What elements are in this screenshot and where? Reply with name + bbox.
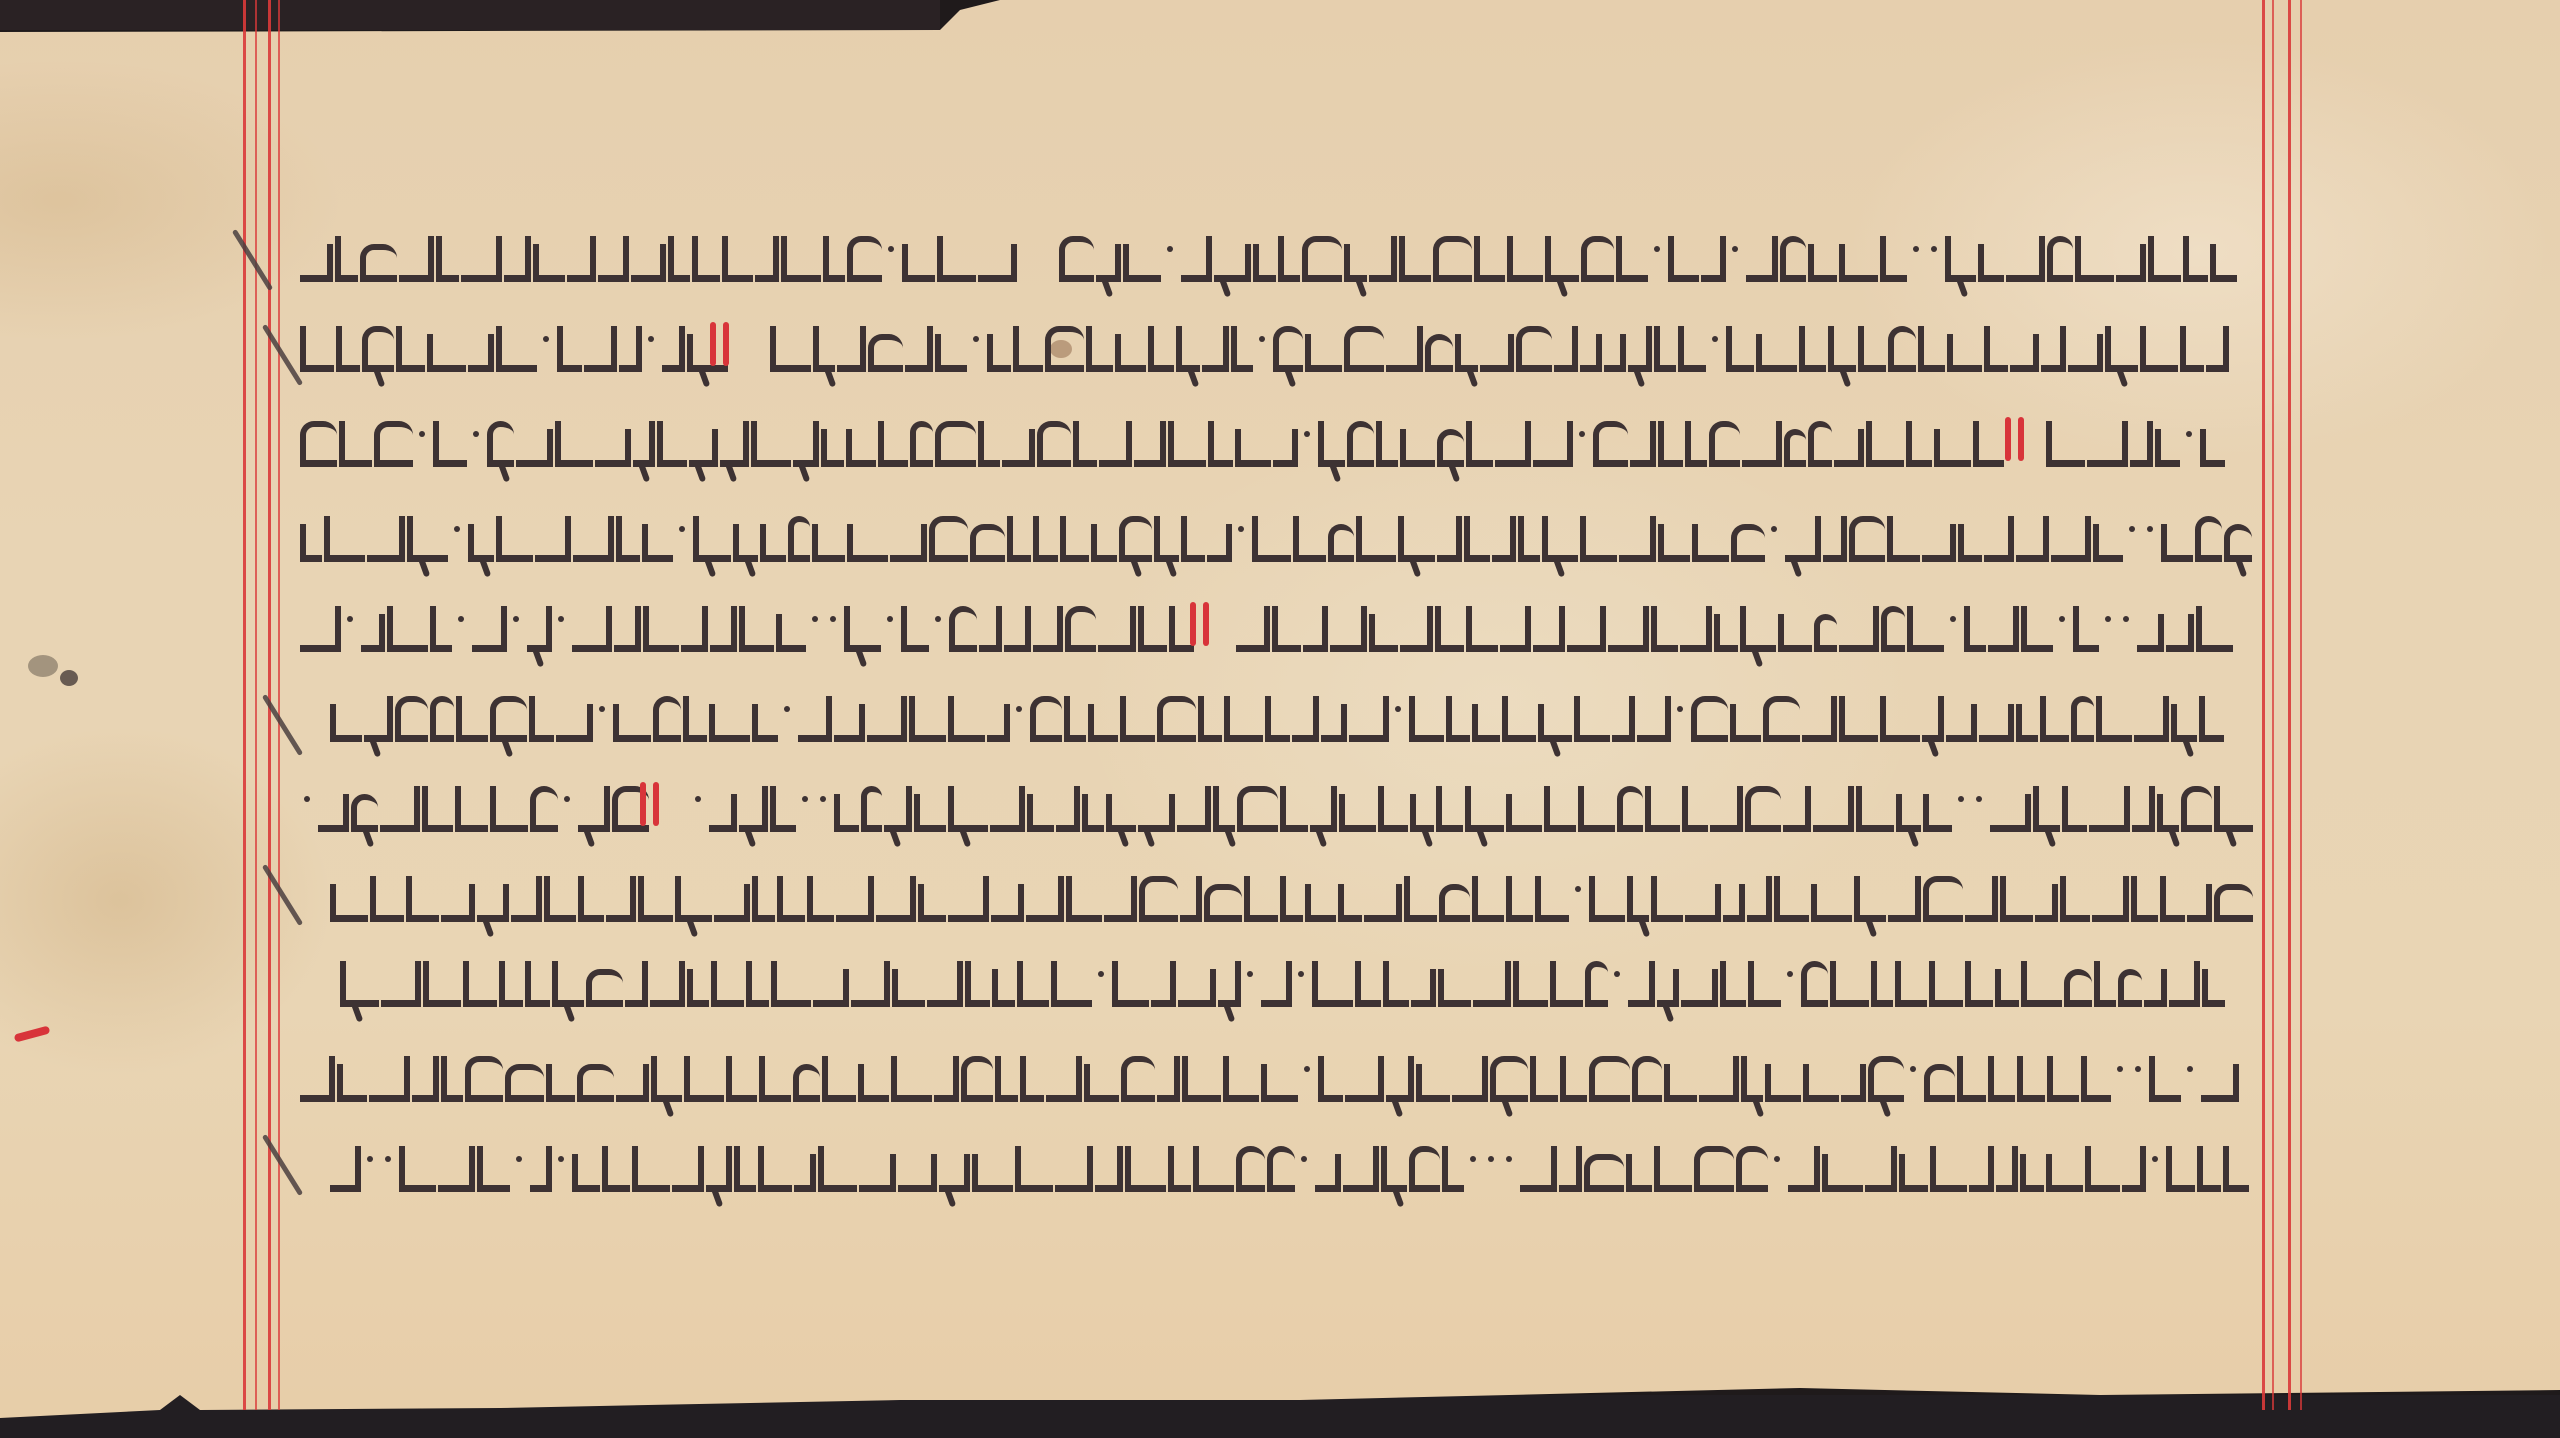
script-glyph bbox=[2116, 244, 2146, 282]
script-glyph bbox=[455, 786, 488, 832]
script-glyph bbox=[847, 524, 888, 562]
script-glyph bbox=[1801, 961, 1828, 1007]
script-glyph bbox=[1682, 786, 1708, 832]
script-glyph bbox=[407, 516, 448, 562]
script-glyph bbox=[1148, 326, 1174, 372]
script-glyph bbox=[1123, 244, 1161, 282]
punctuation-dot bbox=[887, 616, 893, 622]
script-glyph bbox=[1664, 1064, 1697, 1102]
script-glyph bbox=[340, 961, 379, 1007]
script-glyph bbox=[1811, 884, 1852, 922]
script-glyph bbox=[1349, 696, 1389, 742]
script-glyph bbox=[461, 236, 502, 282]
script-glyph bbox=[1854, 876, 1886, 922]
script-glyph bbox=[755, 236, 779, 282]
script-glyph bbox=[1178, 969, 1216, 1007]
script-glyph bbox=[822, 1056, 856, 1102]
script-glyph bbox=[1305, 334, 1342, 372]
script-glyph bbox=[937, 236, 976, 282]
script-glyph bbox=[1033, 516, 1058, 562]
script-glyph bbox=[1416, 1064, 1450, 1102]
script-glyph bbox=[1436, 786, 1463, 832]
script-glyph bbox=[970, 524, 1005, 562]
punctuation-dot bbox=[1910, 1066, 1916, 1072]
manuscript-line bbox=[300, 590, 2255, 652]
script-glyph bbox=[1410, 794, 1434, 832]
script-glyph bbox=[1439, 884, 1470, 922]
punctuation-dot bbox=[1771, 526, 1777, 532]
script-glyph bbox=[330, 1146, 361, 1192]
script-glyph bbox=[2187, 884, 2212, 922]
script-glyph bbox=[1208, 421, 1233, 467]
punctuation-dot bbox=[2135, 1066, 2141, 1072]
punctuation-dot bbox=[2187, 1066, 2193, 1072]
script-glyph bbox=[1578, 786, 1615, 832]
script-glyph bbox=[1474, 236, 1505, 282]
punctuation-dot bbox=[2152, 1156, 2158, 1162]
punctuation-dot bbox=[2186, 431, 2192, 437]
script-glyph bbox=[1685, 884, 1721, 922]
script-glyph bbox=[1741, 1056, 1763, 1102]
script-glyph bbox=[934, 1056, 959, 1102]
script-glyph bbox=[2064, 969, 2092, 1007]
script-glyph bbox=[1369, 236, 1397, 282]
script-glyph bbox=[972, 1154, 1013, 1192]
script-glyph bbox=[1808, 421, 1832, 467]
script-glyph bbox=[370, 876, 404, 922]
script-glyph bbox=[441, 1056, 463, 1102]
script-glyph bbox=[2180, 326, 2204, 372]
script-glyph bbox=[2051, 516, 2091, 562]
script-glyph bbox=[2122, 1146, 2146, 1192]
script-glyph bbox=[1381, 1146, 1407, 1192]
script-glyph bbox=[369, 1056, 410, 1102]
script-glyph bbox=[2181, 786, 2212, 832]
script-glyph bbox=[1293, 516, 1326, 562]
script-glyph bbox=[846, 429, 876, 467]
script-glyph bbox=[1530, 1056, 1558, 1102]
script-glyph bbox=[1830, 961, 1869, 1007]
script-glyph bbox=[777, 876, 805, 922]
script-glyph bbox=[1435, 606, 1464, 652]
script-glyph bbox=[759, 1056, 791, 1102]
script-glyph bbox=[1400, 606, 1433, 652]
script-glyph bbox=[1139, 876, 1179, 922]
script-glyph bbox=[760, 524, 786, 562]
script-glyph bbox=[1330, 606, 1367, 652]
script-glyph bbox=[1995, 969, 2019, 1007]
script-glyph bbox=[1550, 961, 1583, 1007]
script-glyph bbox=[1437, 516, 1462, 562]
script-glyph bbox=[1464, 516, 1490, 562]
script-glyph bbox=[978, 244, 1017, 282]
manuscript-line bbox=[300, 500, 2255, 562]
script-glyph bbox=[427, 334, 466, 372]
script-glyph bbox=[546, 1064, 575, 1102]
script-glyph bbox=[672, 1146, 704, 1192]
script-glyph bbox=[662, 326, 685, 372]
script-glyph bbox=[1681, 969, 1718, 1007]
script-glyph bbox=[892, 969, 925, 1007]
script-glyph bbox=[1822, 1154, 1863, 1192]
script-glyph bbox=[468, 334, 494, 372]
script-glyph bbox=[1180, 876, 1202, 922]
script-glyph bbox=[2017, 1056, 2045, 1102]
script-glyph bbox=[1784, 429, 1806, 467]
script-glyph bbox=[2071, 696, 2094, 742]
script-glyph bbox=[1386, 326, 1423, 372]
script-glyph bbox=[1651, 606, 1678, 652]
script-glyph bbox=[337, 1064, 367, 1102]
script-glyph bbox=[511, 876, 542, 922]
script-glyph bbox=[692, 236, 720, 282]
script-glyph bbox=[381, 961, 421, 1007]
script-glyph bbox=[625, 961, 648, 1007]
script-glyph bbox=[1218, 961, 1241, 1007]
script-glyph bbox=[330, 704, 362, 742]
script-glyph bbox=[1064, 696, 1086, 742]
script-glyph bbox=[653, 696, 681, 742]
script-glyph bbox=[1774, 876, 1809, 922]
script-glyph bbox=[1888, 326, 1916, 372]
punctuation-dot bbox=[1301, 1156, 1307, 1162]
script-glyph bbox=[1404, 876, 1437, 922]
script-glyph bbox=[1086, 326, 1113, 372]
script-glyph bbox=[1455, 334, 1478, 372]
punctuation-dot bbox=[1732, 246, 1738, 252]
script-glyph bbox=[1692, 524, 1729, 562]
script-glyph bbox=[527, 606, 552, 652]
script-glyph bbox=[1261, 1064, 1298, 1102]
script-glyph bbox=[1924, 1064, 1955, 1102]
script-glyph bbox=[2214, 786, 2253, 832]
script-glyph bbox=[423, 961, 461, 1007]
script-glyph bbox=[1344, 326, 1384, 372]
script-glyph bbox=[1119, 516, 1152, 562]
script-glyph bbox=[1559, 1146, 1582, 1192]
script-glyph bbox=[948, 876, 989, 922]
script-glyph bbox=[1881, 606, 1905, 652]
script-glyph bbox=[739, 786, 768, 832]
script-glyph bbox=[1355, 961, 1381, 1007]
script-glyph bbox=[1930, 1146, 1967, 1192]
script-glyph bbox=[324, 516, 365, 562]
script-glyph bbox=[2157, 794, 2179, 832]
script-glyph bbox=[1593, 421, 1628, 467]
script-glyph bbox=[1252, 516, 1291, 562]
script-glyph bbox=[1899, 1154, 1928, 1192]
script-glyph bbox=[1839, 244, 1878, 282]
script-glyph bbox=[918, 884, 946, 922]
script-glyph bbox=[1947, 334, 1982, 372]
script-glyph bbox=[948, 696, 985, 742]
script-glyph bbox=[1472, 704, 1500, 742]
script-glyph bbox=[1627, 876, 1649, 922]
script-glyph bbox=[380, 786, 421, 832]
script-glyph bbox=[1261, 961, 1292, 1007]
script-glyph bbox=[2149, 1056, 2181, 1102]
script-glyph bbox=[1923, 876, 1964, 922]
script-glyph bbox=[851, 961, 890, 1007]
script-glyph bbox=[867, 696, 907, 742]
script-glyph bbox=[746, 961, 769, 1007]
script-glyph bbox=[1988, 1056, 2015, 1102]
script-glyph bbox=[1580, 516, 1617, 562]
script-glyph bbox=[1520, 1146, 1557, 1192]
script-glyph bbox=[300, 524, 322, 562]
script-glyph bbox=[722, 236, 753, 282]
script-glyph bbox=[2130, 421, 2153, 467]
script-glyph bbox=[1856, 786, 1894, 832]
punctuation-dot bbox=[454, 526, 460, 532]
script-glyph bbox=[616, 516, 640, 562]
script-glyph bbox=[300, 606, 341, 652]
punctuation-dot bbox=[1238, 526, 1244, 532]
script-glyph bbox=[1490, 1056, 1528, 1102]
punctuation-dot bbox=[784, 706, 790, 712]
script-glyph bbox=[2105, 326, 2138, 372]
script-glyph bbox=[901, 606, 929, 652]
red-double-danda bbox=[2005, 417, 2027, 461]
script-glyph bbox=[468, 524, 494, 562]
script-glyph bbox=[1472, 876, 1504, 922]
script-glyph bbox=[1545, 236, 1579, 282]
script-glyph bbox=[2021, 606, 2053, 652]
script-glyph bbox=[689, 429, 718, 467]
script-glyph bbox=[1344, 244, 1367, 282]
punctuation-dot bbox=[1712, 336, 1718, 342]
script-glyph bbox=[878, 421, 908, 467]
script-glyph bbox=[1839, 606, 1879, 652]
script-glyph bbox=[1589, 1056, 1630, 1102]
script-glyph bbox=[1691, 696, 1728, 742]
punctuation-dot bbox=[1677, 706, 1683, 712]
script-glyph bbox=[813, 326, 835, 372]
manuscript-line bbox=[300, 1040, 2255, 1102]
script-glyph bbox=[1231, 326, 1253, 372]
script-glyph bbox=[1699, 1056, 1739, 1102]
script-glyph bbox=[1978, 244, 2004, 282]
script-glyph bbox=[1213, 786, 1235, 832]
punctuation-dot bbox=[1787, 971, 1793, 977]
script-glyph bbox=[361, 614, 385, 652]
script-glyph bbox=[1312, 961, 1353, 1007]
script-glyph bbox=[477, 884, 509, 922]
script-glyph bbox=[771, 961, 811, 1007]
script-glyph bbox=[1746, 236, 1778, 282]
punctuation-dot bbox=[367, 1156, 373, 1162]
manuscript-text-block bbox=[0, 0, 2560, 1438]
script-glyph bbox=[1055, 1146, 1093, 1192]
script-glyph bbox=[1303, 606, 1328, 652]
script-glyph bbox=[1714, 614, 1738, 652]
script-glyph bbox=[823, 236, 845, 282]
script-glyph bbox=[1906, 421, 1932, 467]
punctuation-dot bbox=[2123, 616, 2129, 622]
script-glyph bbox=[1513, 961, 1548, 1007]
script-glyph bbox=[335, 236, 358, 282]
script-glyph bbox=[1612, 696, 1635, 742]
script-glyph bbox=[1154, 516, 1179, 562]
script-glyph bbox=[929, 516, 968, 562]
script-glyph bbox=[1318, 1056, 1343, 1102]
script-glyph bbox=[1369, 614, 1398, 652]
punctuation-dot bbox=[648, 336, 654, 342]
punctuation-dot bbox=[385, 1156, 391, 1162]
script-glyph bbox=[1236, 1146, 1265, 1192]
script-glyph bbox=[399, 236, 434, 282]
script-glyph bbox=[1088, 704, 1118, 742]
script-glyph bbox=[1535, 876, 1570, 922]
script-glyph bbox=[1176, 326, 1200, 372]
script-glyph bbox=[1678, 326, 1706, 372]
script-glyph bbox=[535, 516, 571, 562]
script-glyph bbox=[1506, 794, 1543, 832]
script-glyph bbox=[2035, 884, 2058, 922]
manuscript-line bbox=[340, 945, 2255, 1007]
punctuation-dot bbox=[473, 431, 479, 437]
script-glyph bbox=[1585, 961, 1608, 1007]
script-glyph bbox=[1654, 326, 1676, 372]
script-glyph bbox=[1747, 876, 1773, 922]
script-glyph bbox=[395, 696, 428, 742]
script-glyph bbox=[675, 876, 712, 922]
script-glyph bbox=[2073, 606, 2099, 652]
script-glyph bbox=[935, 421, 976, 467]
script-glyph bbox=[1318, 421, 1345, 467]
script-glyph bbox=[1027, 794, 1054, 832]
script-glyph bbox=[752, 704, 778, 742]
script-glyph bbox=[2040, 696, 2069, 742]
script-glyph bbox=[1438, 969, 1471, 1007]
script-glyph bbox=[465, 1056, 503, 1102]
script-glyph bbox=[1345, 1056, 1384, 1102]
script-glyph bbox=[1560, 1056, 1587, 1102]
script-glyph bbox=[1425, 334, 1453, 372]
script-glyph bbox=[530, 1146, 552, 1192]
script-glyph bbox=[1871, 961, 1893, 1007]
script-glyph bbox=[614, 606, 641, 652]
script-glyph bbox=[726, 1056, 757, 1102]
script-glyph bbox=[572, 1154, 600, 1192]
script-glyph bbox=[1157, 1056, 1180, 1102]
script-glyph bbox=[1630, 421, 1656, 467]
script-glyph bbox=[868, 334, 903, 372]
script-glyph bbox=[1849, 516, 1885, 562]
script-glyph bbox=[1895, 961, 1927, 1007]
script-glyph bbox=[477, 1146, 510, 1192]
script-glyph bbox=[1386, 1056, 1414, 1102]
script-glyph bbox=[1589, 876, 1625, 922]
script-glyph bbox=[1244, 876, 1278, 922]
script-glyph bbox=[2094, 961, 2116, 1007]
script-glyph bbox=[2118, 969, 2142, 1007]
script-glyph bbox=[1398, 516, 1435, 562]
script-glyph bbox=[979, 606, 1002, 652]
script-glyph bbox=[1002, 429, 1035, 467]
script-glyph bbox=[504, 236, 531, 282]
script-glyph bbox=[1106, 794, 1136, 832]
punctuation-dot bbox=[419, 431, 425, 437]
script-glyph bbox=[2148, 236, 2181, 282]
punctuation-dot bbox=[458, 616, 464, 622]
script-glyph bbox=[1328, 524, 1354, 562]
script-glyph bbox=[2195, 516, 2222, 562]
script-glyph bbox=[1965, 876, 1998, 922]
script-glyph bbox=[1214, 244, 1251, 282]
script-glyph bbox=[1125, 1146, 1166, 1192]
script-glyph bbox=[2085, 1146, 2120, 1192]
punctuation-dot bbox=[558, 1156, 564, 1162]
script-glyph bbox=[1720, 961, 1746, 1007]
script-glyph bbox=[1880, 236, 1907, 282]
script-glyph bbox=[1765, 1064, 1801, 1102]
script-glyph bbox=[1409, 1146, 1440, 1192]
punctuation-dot bbox=[2105, 616, 2111, 622]
script-glyph bbox=[2021, 961, 2062, 1007]
punctuation-dot bbox=[1304, 1066, 1310, 1072]
script-glyph bbox=[813, 969, 849, 1007]
script-glyph bbox=[586, 969, 623, 1007]
script-glyph bbox=[1651, 876, 1683, 922]
script-glyph bbox=[1442, 1146, 1464, 1192]
red-double-danda bbox=[710, 322, 732, 366]
script-glyph bbox=[1046, 1056, 1082, 1102]
script-glyph bbox=[598, 236, 629, 282]
script-glyph bbox=[1957, 1056, 1986, 1102]
script-glyph bbox=[552, 961, 584, 1007]
script-glyph bbox=[616, 1064, 649, 1102]
script-glyph bbox=[300, 326, 334, 372]
script-glyph bbox=[987, 334, 1011, 372]
script-glyph bbox=[441, 884, 475, 922]
punctuation-dot bbox=[1098, 971, 1104, 977]
script-glyph bbox=[505, 1064, 544, 1102]
punctuation-dot bbox=[2117, 1066, 2123, 1072]
script-glyph bbox=[2206, 326, 2229, 372]
script-glyph bbox=[1411, 969, 1436, 1007]
script-glyph bbox=[858, 1064, 889, 1102]
script-glyph bbox=[2160, 876, 2185, 922]
script-glyph bbox=[619, 326, 642, 372]
script-glyph bbox=[430, 606, 452, 652]
script-glyph bbox=[1104, 876, 1137, 922]
script-glyph bbox=[1533, 421, 1573, 467]
script-glyph bbox=[1356, 516, 1396, 562]
script-glyph bbox=[1988, 606, 2019, 652]
script-glyph bbox=[909, 696, 946, 742]
script-glyph bbox=[1466, 606, 1498, 652]
script-glyph bbox=[1574, 696, 1610, 742]
script-glyph bbox=[1969, 1146, 1994, 1192]
script-glyph bbox=[1645, 786, 1680, 832]
script-glyph bbox=[1399, 236, 1431, 282]
script-glyph bbox=[496, 326, 537, 372]
script-glyph bbox=[681, 606, 708, 652]
script-glyph bbox=[1828, 326, 1856, 372]
script-glyph bbox=[1584, 1154, 1624, 1192]
margin-stroke bbox=[262, 1134, 303, 1196]
script-glyph bbox=[2081, 1056, 2111, 1102]
script-glyph bbox=[859, 1154, 896, 1192]
punctuation-dot bbox=[1913, 246, 1919, 252]
script-glyph bbox=[2223, 1146, 2249, 1192]
script-glyph bbox=[1273, 429, 1298, 467]
script-glyph bbox=[1658, 524, 1690, 562]
script-glyph bbox=[2132, 786, 2156, 832]
script-glyph bbox=[2010, 334, 2039, 372]
script-glyph bbox=[456, 696, 488, 742]
